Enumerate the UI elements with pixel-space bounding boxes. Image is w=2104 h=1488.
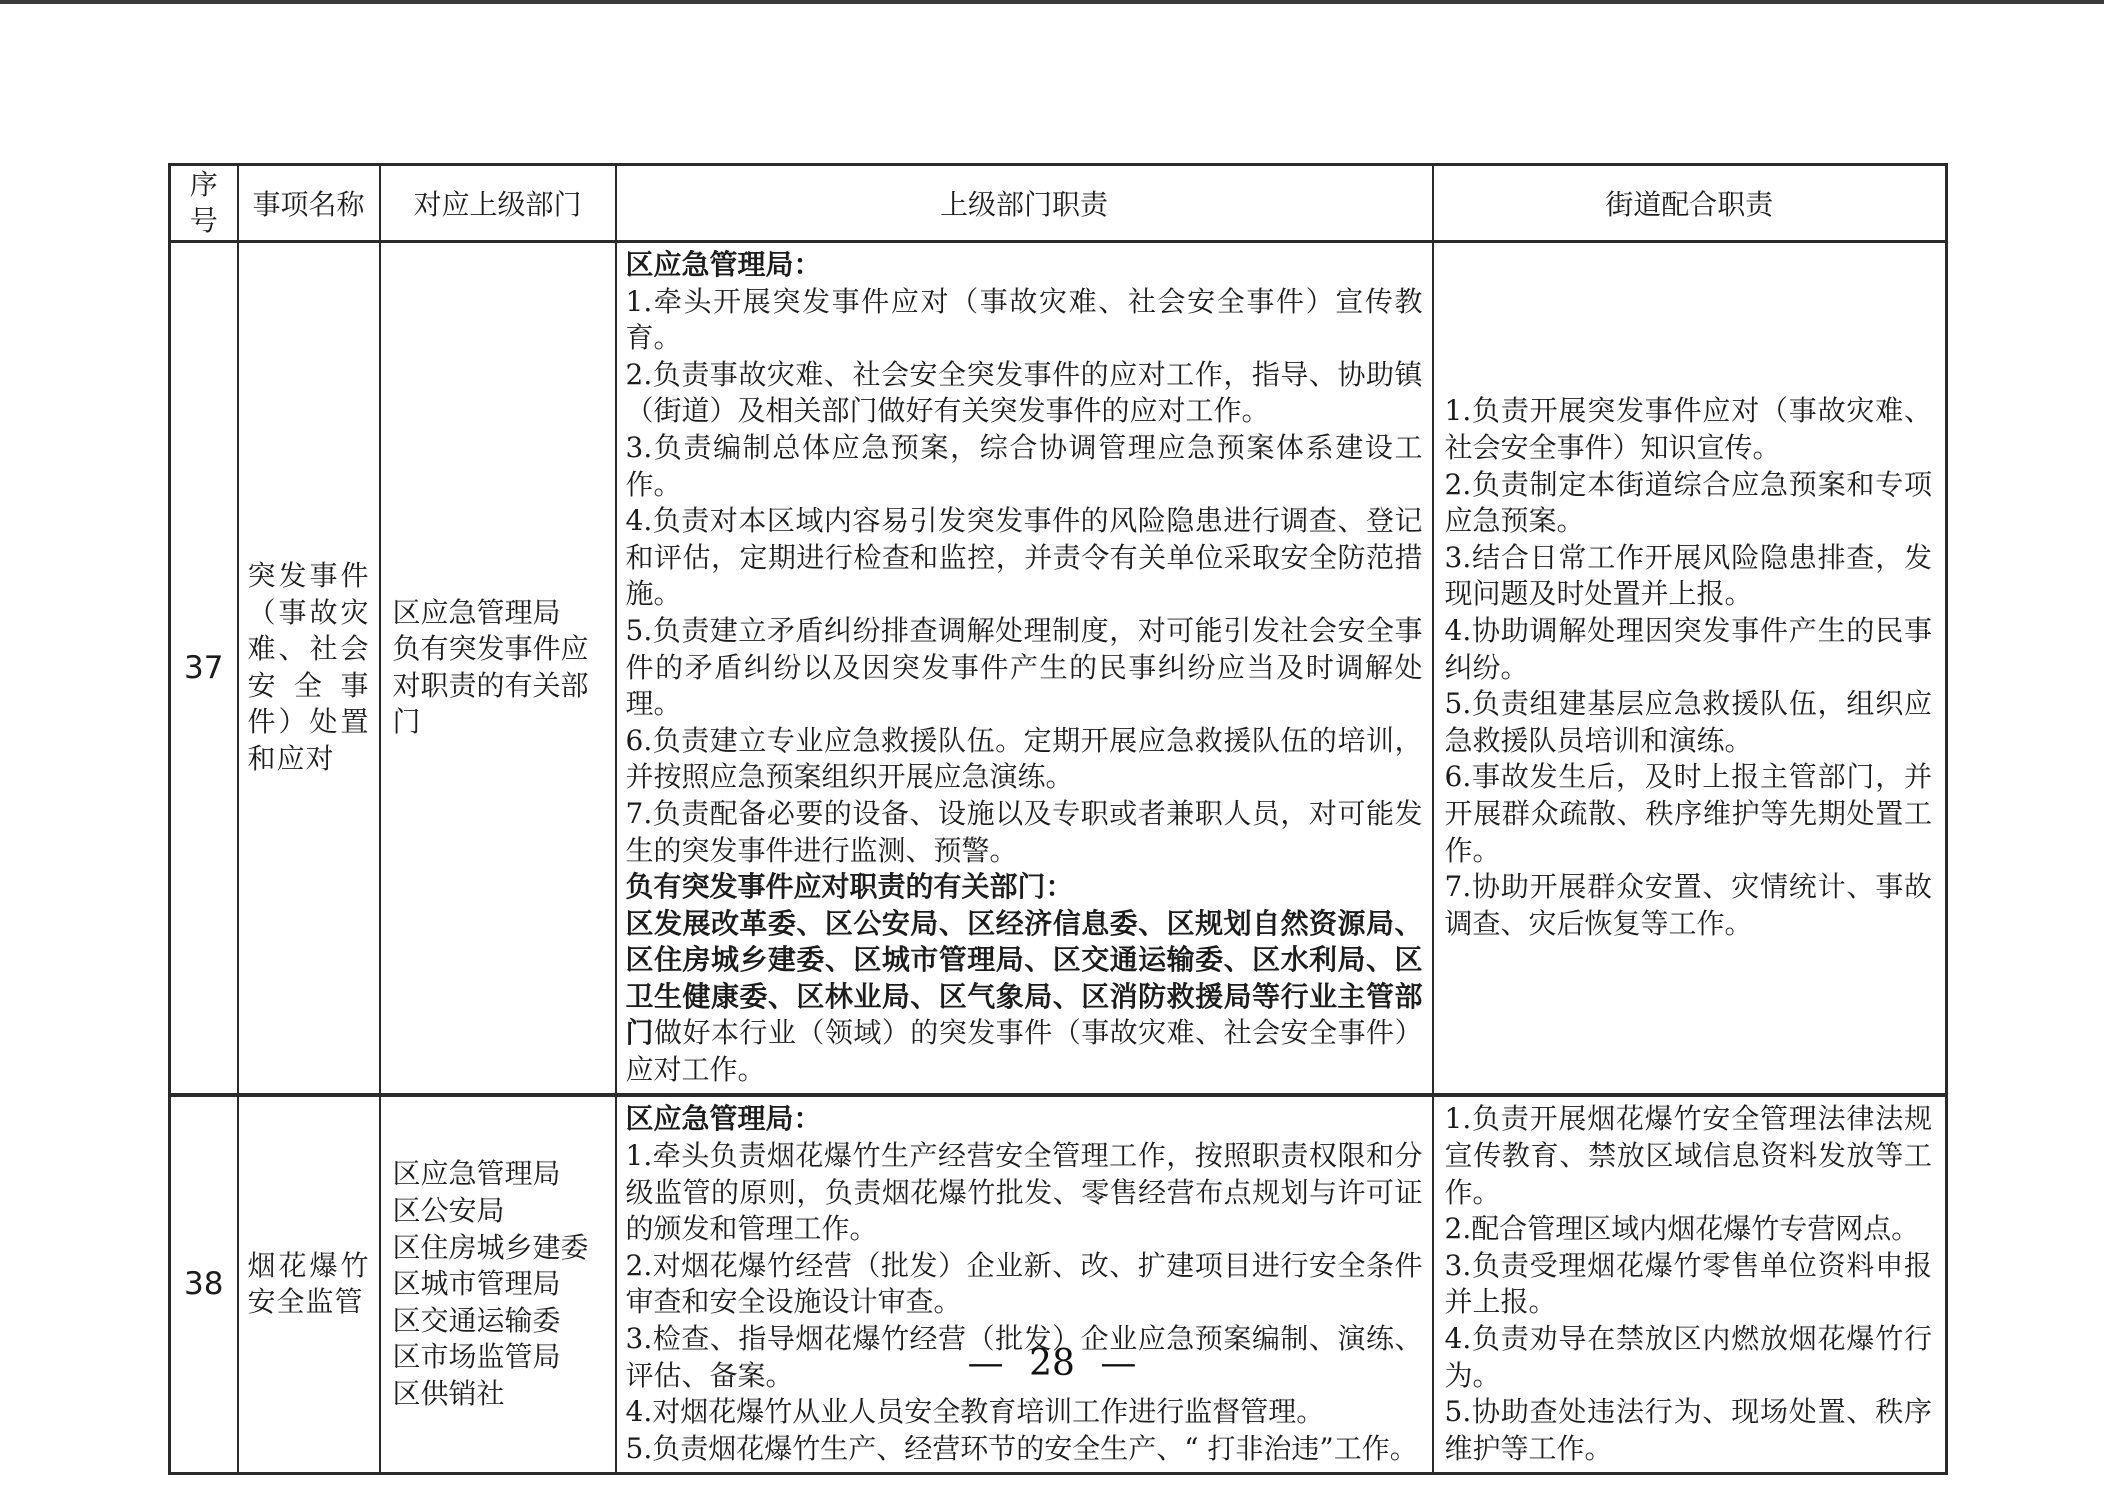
cell-serial-number: 37 xyxy=(170,242,238,1095)
duty-paragraph: 7.负责配备必要的设备、设施以及专职或者兼职人员，对可能发生的突发事件进行监测、… xyxy=(626,796,1423,869)
duty-text: 6.负责建立专业应急救援队伍。定期开展应急救援队伍的培训，并按照应急预案组织开展… xyxy=(626,724,1423,794)
duty-paragraph: 6.负责建立专业应急救援队伍。定期开展应急救援队伍的培训，并按照应急预案组织开展… xyxy=(626,723,1423,796)
duty-text: 4.对烟花爆竹从业人员安全教育培训工作进行监督管理。 xyxy=(626,1395,1325,1428)
duty-text: 3.结合日常工作开展风险隐患排查，发现问题及时处置并上报。 xyxy=(1445,541,1933,611)
duty-text: 2.配合管理区域内烟花爆竹专营网点。 xyxy=(1445,1212,1920,1245)
duty-text: 3.负责编制总体应急预案，综合协调管理应急预案体系建设工作。 xyxy=(626,431,1423,501)
cell-superior-duties: 区应急管理局：1.牵头开展突发事件应对（事故灾难、社会安全事件）宣传教育。2.负… xyxy=(616,242,1433,1095)
cell-serial-number: 38 xyxy=(170,1095,238,1474)
duty-paragraph: 区发展改革委、区公安局、区经济信息委、区规划自然资源局、区住房城乡建委、区城市管… xyxy=(626,906,1423,1089)
duty-paragraph: 2.配合管理区域内烟花爆竹专营网点。 xyxy=(1445,1211,1933,1248)
department-item: 区应急管理局 xyxy=(393,1156,603,1193)
duty-text: 7.协助开展群众安置、灾情统计、事故调查、灾后恢复等工作。 xyxy=(1445,870,1933,940)
duty-text-bold: 区应急管理局： xyxy=(626,248,822,281)
duty-paragraph: 7.协助开展群众安置、灾情统计、事故调查、灾后恢复等工作。 xyxy=(1445,869,1933,942)
cell-departments: 区应急管理局区公安局区住房城乡建委区城市管理局区交通运输委区市场监管局区供销社 xyxy=(380,1095,616,1474)
scan-edge-artifact xyxy=(0,0,2104,4)
duty-text: 做好本行业（领域）的突发事件（事故灾难、社会安全事件）应对工作。 xyxy=(626,1016,1423,1086)
duty-paragraph: 3.结合日常工作开展风险隐患排查，发现问题及时处置并上报。 xyxy=(1445,540,1933,613)
duty-text: 2.对烟花爆竹经营（批发）企业新、改、扩建项目进行安全条件审查和安全设施设计审查… xyxy=(626,1249,1423,1319)
department-item: 区住房城乡建委 xyxy=(393,1230,603,1267)
duty-paragraph: 4.对烟花爆竹从业人员安全教育培训工作进行监督管理。 xyxy=(626,1394,1423,1431)
duty-paragraph: 5.负责烟花爆竹生产、经营环节的安全生产、“ 打非治违”工作。 xyxy=(626,1431,1423,1468)
cell-item-name: 突发事件（事故灾难、社会安全事件）处置和应对 xyxy=(238,242,380,1095)
duty-text: 4.负责对本区域内容易引发突发事件的风险隐患进行调查、登记和评估，定期进行检查和… xyxy=(626,504,1423,610)
duty-paragraph: 1.牵头开展突发事件应对（事故灾难、社会安全事件）宣传教育。 xyxy=(626,284,1423,357)
duty-text-bold: 区应急管理局： xyxy=(626,1102,822,1135)
duty-paragraph: 6.事故发生后，及时上报主管部门，并开展群众疏散、秩序维护等先期处置工作。 xyxy=(1445,759,1933,869)
department-item: 区公安局 xyxy=(393,1193,603,1230)
duty-paragraph: 1.负责开展突发事件应对（事故灾难、社会安全事件）知识宣传。 xyxy=(1445,393,1933,466)
duty-text: 1.负责开展烟花爆竹安全管理法律法规宣传教育、禁放区域信息资料发放等工作。 xyxy=(1445,1102,1933,1208)
duty-paragraph: 4.协助调解处理因突发事件产生的民事纠纷。 xyxy=(1445,613,1933,686)
duty-paragraph: 2.负责制定本街道综合应急预案和专项应急预案。 xyxy=(1445,467,1933,540)
duty-text: 5.负责烟花爆竹生产、经营环节的安全生产、“ 打非治违”工作。 xyxy=(626,1432,1418,1465)
duty-paragraph: 1.负责开展烟花爆竹安全管理法律法规宣传教育、禁放区域信息资料发放等工作。 xyxy=(1445,1101,1933,1211)
department-item: 区应急管理局 xyxy=(393,595,603,632)
duty-paragraph: 负有突发事件应对职责的有关部门： xyxy=(626,869,1423,906)
duty-text: 5.负责组建基层应急救援队伍，组织应急救援队员培训和演练。 xyxy=(1445,687,1933,757)
duty-paragraph: 1.牵头负责烟花爆竹生产经营安全管理工作，按照职责权限和分级监管的原则，负责烟花… xyxy=(626,1138,1423,1248)
page-number: — 28 — xyxy=(0,1343,2104,1384)
duty-paragraph: 区应急管理局： xyxy=(626,247,1423,284)
cell-superior-duties: 区应急管理局：1.牵头负责烟花爆竹生产经营安全管理工作，按照职责权限和分级监管的… xyxy=(616,1095,1433,1474)
duty-text: 5.协助查处违法行为、现场处置、秩序维护等工作。 xyxy=(1445,1395,1933,1465)
duty-paragraph: 区应急管理局： xyxy=(626,1101,1423,1138)
table-row-37: 37 突发事件（事故灾难、社会安全事件）处置和应对 区应急管理局负有突发事件应对… xyxy=(170,242,1947,1095)
duty-paragraph: 5.负责组建基层应急救援队伍，组织应急救援队员培训和演练。 xyxy=(1445,686,1933,759)
duty-paragraph: 4.负责对本区域内容易引发突发事件的风险隐患进行调查、登记和评估，定期进行检查和… xyxy=(626,503,1423,613)
duty-paragraph: 5.负责建立矛盾纠纷排查调解处理制度，对可能引发社会安全事件的矛盾纠纷以及因突发… xyxy=(626,613,1423,723)
cell-street-duties: 1.负责开展烟花爆竹安全管理法律法规宣传教育、禁放区域信息资料发放等工作。2.配… xyxy=(1433,1095,1947,1474)
header-superior-department: 对应上级部门 xyxy=(380,165,616,242)
department-item: 负有突发事件应对职责的有关部门 xyxy=(393,631,603,741)
duty-text: 1.牵头开展突发事件应对（事故灾难、社会安全事件）宣传教育。 xyxy=(626,285,1423,355)
duty-text-bold: 负有突发事件应对职责的有关部门： xyxy=(626,870,1074,903)
department-item: 区城市管理局 xyxy=(393,1266,603,1303)
responsibility-table: 序号 事项名称 对应上级部门 上级部门职责 街道配合职责 37 突发事件（事故灾… xyxy=(168,163,1948,1475)
header-row: 序号 事项名称 对应上级部门 上级部门职责 街道配合职责 xyxy=(170,165,1947,242)
department-item: 区交通运输委 xyxy=(393,1303,603,1340)
table-row-38: 38 烟花爆竹安全监管 区应急管理局区公安局区住房城乡建委区城市管理局区交通运输… xyxy=(170,1095,1947,1474)
header-superior-duties: 上级部门职责 xyxy=(616,165,1433,242)
duty-text: 1.牵头负责烟花爆竹生产经营安全管理工作，按照职责权限和分级监管的原则，负责烟花… xyxy=(626,1139,1423,1245)
duty-text: 4.协助调解处理因突发事件产生的民事纠纷。 xyxy=(1445,614,1933,684)
cell-item-name: 烟花爆竹安全监管 xyxy=(238,1095,380,1474)
duty-text: 7.负责配备必要的设备、设施以及专职或者兼职人员，对可能发生的突发事件进行监测、… xyxy=(626,797,1423,867)
duty-paragraph: 5.协助查处违法行为、现场处置、秩序维护等工作。 xyxy=(1445,1394,1933,1467)
duty-text: 3.负责受理烟花爆竹零售单位资料申报并上报。 xyxy=(1445,1249,1933,1319)
duty-text: 5.负责建立矛盾纠纷排查调解处理制度，对可能引发社会安全事件的矛盾纠纷以及因突发… xyxy=(626,614,1423,720)
duty-text: 1.负责开展突发事件应对（事故灾难、社会安全事件）知识宣传。 xyxy=(1445,394,1933,464)
header-item-name: 事项名称 xyxy=(238,165,380,242)
duty-paragraph: 3.负责受理烟花爆竹零售单位资料申报并上报。 xyxy=(1445,1248,1933,1321)
duty-text: 2.负责事故灾难、社会安全突发事件的应对工作，指导、协助镇（街道）及相关部门做好… xyxy=(626,358,1423,428)
header-street-duties: 街道配合职责 xyxy=(1433,165,1947,242)
duty-paragraph: 2.对烟花爆竹经营（批发）企业新、改、扩建项目进行安全条件审查和安全设施设计审查… xyxy=(626,1248,1423,1321)
cell-departments: 区应急管理局负有突发事件应对职责的有关部门 xyxy=(380,242,616,1095)
header-serial-number: 序号 xyxy=(170,165,238,242)
duty-text: 6.事故发生后，及时上报主管部门，并开展群众疏散、秩序维护等先期处置工作。 xyxy=(1445,760,1933,866)
duty-paragraph: 3.负责编制总体应急预案，综合协调管理应急预案体系建设工作。 xyxy=(626,430,1423,503)
duty-paragraph: 2.负责事故灾难、社会安全突发事件的应对工作，指导、协助镇（街道）及相关部门做好… xyxy=(626,357,1423,430)
cell-street-duties: 1.负责开展突发事件应对（事故灾难、社会安全事件）知识宣传。2.负责制定本街道综… xyxy=(1433,242,1947,1095)
duty-text: 2.负责制定本街道综合应急预案和专项应急预案。 xyxy=(1445,468,1933,538)
